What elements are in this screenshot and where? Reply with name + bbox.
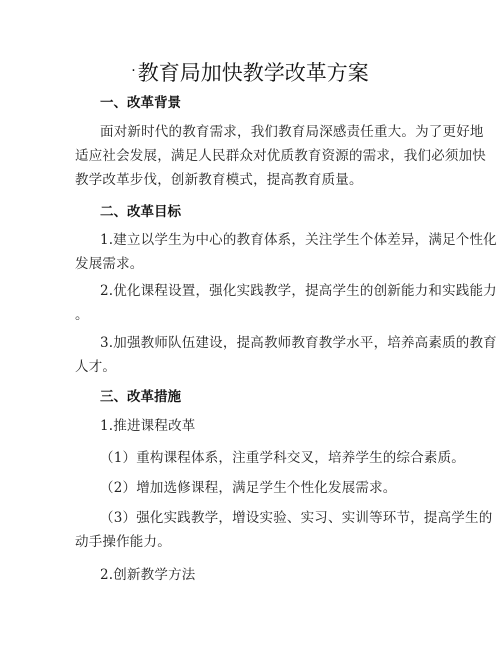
paragraph-line: 面对新时代的教育需求，我们教育局深感责任重大。为了更好地 <box>75 120 420 144</box>
paragraph-line: （3）强化实践教学，增设实验、实习、实训等环节，提高学生的 <box>75 506 420 530</box>
measure-subitem-2: （2）增加选修课程，满足学生个性化发展需求。 <box>75 476 420 500</box>
document-page: ·教育局加快教学改革方案 一、改革背景 面对新时代的教育需求，我们教育局深感责任… <box>0 0 500 647</box>
paragraph-line: （1）重构课程体系，注重学科交叉，培养学生的综合素质。 <box>75 446 420 470</box>
section-heading-measures: 三、改革措施 <box>100 387 181 407</box>
paragraph-line: 。 <box>75 303 420 327</box>
paragraph-line: 适应社会发展，满足人民群众对优质教育资源的需求，我们必须加快 <box>75 144 420 168</box>
document-title: ·教育局加快教学改革方案 <box>0 58 500 88</box>
paragraph-line: 1.建立以学生为中心的教育体系，关注学生个体差异，满足个性化 <box>75 228 420 252</box>
measure-subitem-1: （1）重构课程体系，注重学科交叉，培养学生的综合素质。 <box>75 446 420 470</box>
measure-item-1: 1.推进课程改革 <box>75 414 420 438</box>
paragraph-line: 1.推进课程改革 <box>75 414 420 438</box>
measure-item-2: 2.创新教学方法 <box>75 563 420 587</box>
paragraph-line: 3.加强教师队伍建设，提高教师教育教学水平，培养高素质的教育 <box>75 331 420 355</box>
paragraph-line: 2.优化课程设置，强化实践教学，提高学生的创新能力和实践能力 <box>75 279 420 303</box>
section-heading-background: 一、改革背景 <box>100 93 181 113</box>
title-text: 教育局加快教学改革方案 <box>138 61 369 85</box>
paragraph-line: 人才。 <box>75 355 420 379</box>
measure-subitem-3: （3）强化实践教学，增设实验、实习、实训等环节，提高学生的 动手操作能力。 <box>75 506 420 554</box>
title-mark: · <box>131 63 135 79</box>
goal-item-3: 3.加强教师队伍建设，提高教师教育教学水平，培养高素质的教育 人才。 <box>75 331 420 379</box>
goal-item-2: 2.优化课程设置，强化实践教学，提高学生的创新能力和实践能力 。 <box>75 279 420 327</box>
paragraph-line: 2.创新教学方法 <box>75 563 420 587</box>
section-heading-goals: 二、改革目标 <box>100 202 181 222</box>
paragraph-line: （2）增加选修课程，满足学生个性化发展需求。 <box>75 476 420 500</box>
paragraph-line: 动手操作能力。 <box>75 530 420 554</box>
paragraph-line: 发展需求。 <box>75 252 420 276</box>
goal-item-1: 1.建立以学生为中心的教育体系，关注学生个体差异，满足个性化 发展需求。 <box>75 228 420 276</box>
paragraph-background: 面对新时代的教育需求，我们教育局深感责任重大。为了更好地 适应社会发展，满足人民… <box>75 120 420 192</box>
paragraph-line: 教学改革步伐，创新教育模式，提高教育质量。 <box>75 168 420 192</box>
